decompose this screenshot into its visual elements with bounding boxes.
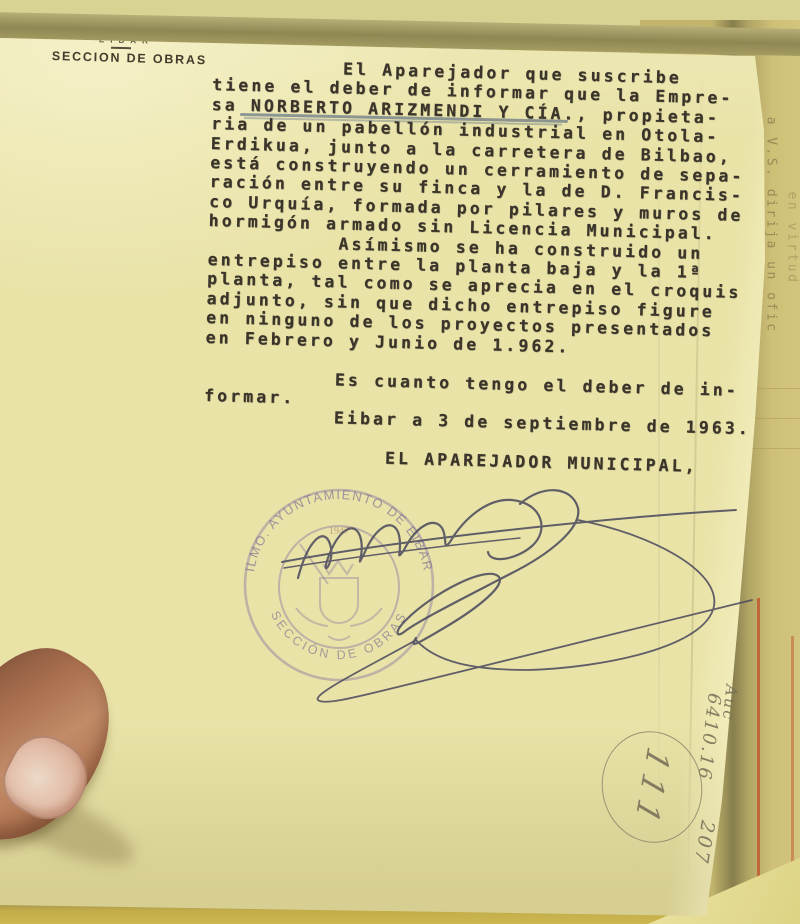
signature (220, 470, 780, 720)
photographed-document: a V.S. dirija un ofic en virtud r EIBAR … (0, 0, 800, 924)
letterhead-underline (111, 47, 131, 50)
background-page-vertical-text: a V.S. dirija un ofic (764, 117, 779, 334)
background-page-vertical-text: en virtud (785, 192, 800, 285)
letterhead-department: SECCION DE OBRAS (52, 49, 208, 67)
